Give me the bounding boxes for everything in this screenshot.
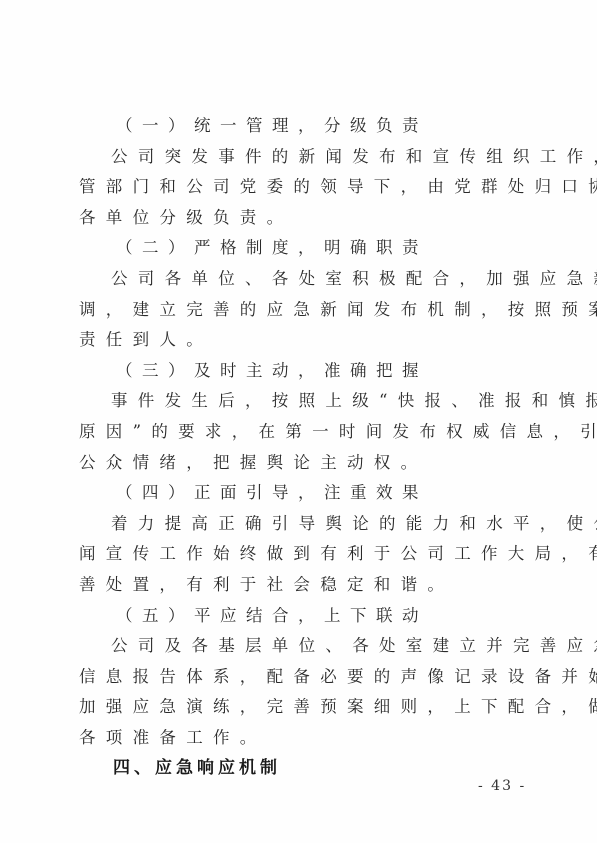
paragraph-line: 公司突发事件的新闻发布和宣传组织工作，在上级党委、主 bbox=[79, 142, 519, 173]
paragraph-line: 公司各单位、各处室积极配合，加强应急新闻宣传的组织协 bbox=[79, 264, 519, 295]
subheading-4: （四）正面引导，注重效果 bbox=[79, 478, 519, 509]
paragraph-line: 公众情绪，把握舆论主动权。 bbox=[79, 448, 519, 479]
paragraph-line: 各单位分级负责。 bbox=[79, 203, 519, 234]
paragraph-line: 原因”的要求，在第一时间发布权威信息，引导社会舆论，稳定 bbox=[79, 417, 519, 448]
subheading-1: （一）统一管理，分级负责 bbox=[79, 111, 519, 142]
paragraph-line: 各项准备工作。 bbox=[79, 723, 519, 754]
paragraph-line: 责任到人。 bbox=[79, 325, 519, 356]
subheading-5: （五）平应结合，上下联动 bbox=[79, 601, 519, 632]
paragraph-line: 调，建立完善的应急新闻发布机制，按照预案要求，分解任务， bbox=[79, 295, 519, 326]
paragraph-line: 加强应急演练，完善预案细则，上下配合，做好应急新闻宣传的 bbox=[79, 692, 519, 723]
paragraph-line: 闻宣传工作始终做到有利于公司工作大局，有利于突发事件的妥 bbox=[79, 539, 519, 570]
paragraph-line: 公司及各基层单位、各处室建立并完善应急工作机制和应急 bbox=[79, 631, 519, 662]
subheading-2: （二）严格制度，明确职责 bbox=[79, 233, 519, 264]
paragraph-line: 管部门和公司党委的领导下，由党群处归口协调指导，各处室和 bbox=[79, 172, 519, 203]
subheading-3: （三）及时主动，准确把握 bbox=[79, 356, 519, 387]
paragraph-line: 善处置，有利于社会稳定和谐。 bbox=[79, 570, 519, 601]
paragraph-line: 信息报告体系，配备必要的声像记录设备并始终保持良好状态。 bbox=[79, 662, 519, 693]
page-number: - 43 - bbox=[478, 778, 526, 794]
paragraph-line: 事件发生后，按照上级“快报、准报和慎报事态演变细节、 bbox=[79, 386, 519, 417]
document-page: （一）统一管理，分级负责 公司突发事件的新闻发布和宣传组织工作，在上级党委、主 … bbox=[0, 0, 597, 843]
paragraph-line: 着力提高正确引导舆论的能力和水平，使公司突发事件的新 bbox=[79, 509, 519, 540]
section-heading: 四、应急响应机制 bbox=[79, 753, 519, 784]
document-body: （一）统一管理，分级负责 公司突发事件的新闻发布和宣传组织工作，在上级党委、主 … bbox=[79, 111, 519, 784]
